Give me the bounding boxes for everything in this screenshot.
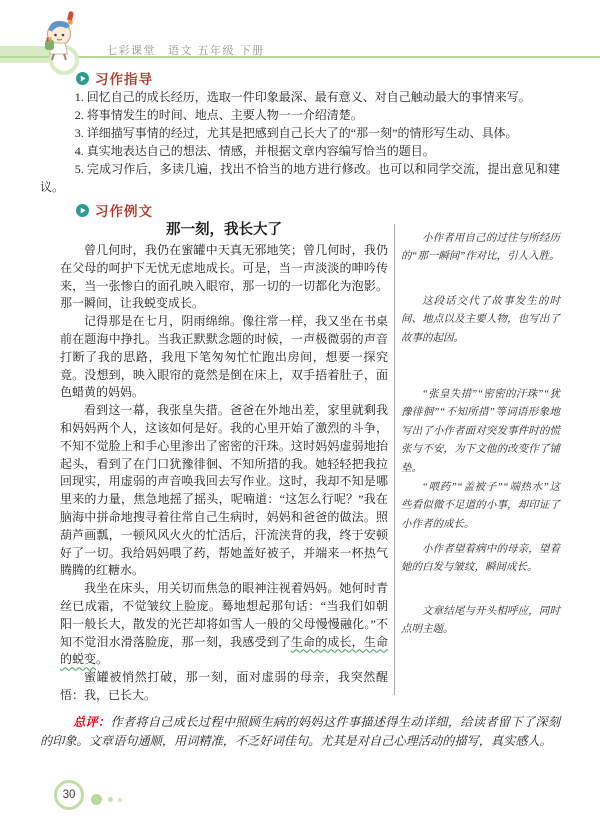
guide-section-header: 习作指导 (76, 70, 560, 86)
overall-review: 总评：作者将自己成长过程中照顾生病的妈妈这件事描述得生动详细，给读者留下了深刻的… (40, 713, 560, 752)
play-icon (76, 204, 89, 217)
guide-item-2: 2. 将事情发生的时间、地点、主要人物一一介绍清楚。 (40, 106, 560, 124)
guide-list: 1. 回忆自己的成长经历，选取一件印象最深、最有意义、对自己触动最大的事情来写。… (40, 88, 560, 196)
paragraph-4-end: 。 (96, 652, 108, 666)
example-section-title: 习作例文 (95, 200, 153, 220)
review-text: 作者将自己成长过程中照顾生病的妈妈这件事描述得生动详细，给读者留下了深刻的印象。… (40, 715, 560, 749)
essay-title: 那一刻，我长大了 (60, 220, 388, 240)
essay-paragraph-3: 看到这一幕，我张皇失措。爸爸在外地出差，家里就剩我和妈妈两个人，这该如何是好。我… (60, 402, 388, 580)
essay-paragraph-5: 蜜罐被悄然打破，那一刻，面对虚弱的母亲，我突然醒悟：我，已长大。 (60, 669, 388, 705)
header-divider-line (0, 56, 600, 58)
subject-grade: 语文 五年级 下册 (168, 45, 265, 57)
essay-area: 那一刻，我长大了 曾几何时，我仍在蜜罐中天真无邪地笑；曾几何时，我仍在父母的呵护… (40, 220, 560, 705)
annotation-column: 小作者用自己的过往与所经历的“那一瞬间”作对比，引人入胜。 这段话交代了故事发生… (401, 220, 560, 705)
annotation-5: 小作者望着病中的母亲，望着她的白发与皱纹，瞬间成长。 (401, 541, 560, 578)
guide-item-4: 4. 真实地表达自己的想法、情感，并根据文章内容编写恰当的题目。 (40, 142, 560, 160)
guide-item-1: 1. 回忆自己的成长经历，选取一件印象最深、最有意义、对自己触动最大的事情来写。 (40, 88, 560, 106)
essay-body: 那一刻，我长大了 曾几何时，我仍在蜜罐中天真无邪地笑；曾几何时，我仍在父母的呵护… (60, 220, 388, 705)
footer-dot-decoration (108, 797, 113, 802)
annotation-3: “张皇失措”“密密的汗珠”“犹豫徘徊”“不知所措”等词语形象地写出了小作者面对突… (401, 386, 560, 478)
footer-dot-decoration (118, 798, 122, 802)
play-icon (76, 72, 89, 85)
mascot-icon (38, 10, 80, 67)
annotation-1: 小作者用自己的过往与所经历的“那一瞬间”作对比，引人入胜。 (401, 230, 560, 267)
page-number-badge: 30 (54, 780, 84, 810)
essay-paragraph-2: 记得那是在七月，阴雨绵绵。像往常一样，我又坐在书桌前在题海中挣扎。当我正默默念题… (60, 313, 388, 402)
page-content: 习作指导 1. 回忆自己的成长经历，选取一件印象最深、最有意义、对自己触动最大的… (0, 70, 600, 752)
guide-item-3: 3. 详细描写事情的经过，尤其是把感到自己长大了的“那一刻”的情形写生动、具体。 (40, 124, 560, 142)
annotation-6: 文章结尾与开头相呼应，同时点明主题。 (401, 603, 560, 640)
annotation-2: 这段话交代了故事发生的时间、地点以及主要人物，也写出了故事的起因。 (401, 293, 560, 348)
guide-item-5: 5. 完成习作后，多读几遍，找出不恰当的地方进行修改。也可以和同学交流，提出意见… (40, 160, 560, 196)
example-section-header: 习作例文 (76, 202, 560, 218)
page-header: 七彩课堂语文 五年级 下册 (0, 0, 600, 64)
essay-paragraph-4: 我坐在床头，用关切而焦急的眼神注视着妈妈。她何时青丝已成霜，不觉皱纹上脸庞。蓦地… (60, 580, 388, 669)
brand-name: 七彩课堂 (106, 45, 156, 57)
book-title: 七彩课堂语文 五年级 下册 (106, 42, 265, 58)
essay-paragraph-1: 曾几何时，我仍在蜜罐中天真无邪地笑；曾几何时，我仍在父母的呵护下无忧无虑地成长。… (60, 242, 388, 313)
footer-dot-decoration (91, 794, 102, 805)
annotation-4: “喂药”“盖被子”“端热水”这些看似微不足道的小事，却印证了小作者的成长。 (401, 479, 560, 534)
review-label: 总评： (73, 715, 111, 729)
guide-section-title: 习作指导 (95, 68, 153, 88)
column-divider-line (394, 224, 395, 695)
